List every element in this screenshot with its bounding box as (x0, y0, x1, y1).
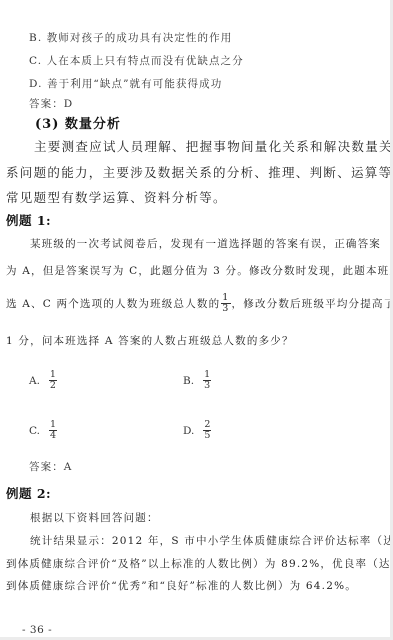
page-number: - 36 - (22, 624, 52, 636)
choice-c: C. 14 (29, 420, 58, 441)
fraction-denominator: 3 (203, 381, 211, 391)
inline-fraction: 1 3 (221, 293, 230, 314)
fraction-denominator: 5 (203, 431, 211, 441)
example2-line-2: 统计结果显示：2012 年，S 市中小学生体质健康综合评价达标率（达 (30, 533, 393, 548)
example1-line-2: 为 A，但是答案误写为 C，此题分值为 3 分。修改分数时发现，此题本班未 (6, 263, 393, 278)
section-para-line-3: 常见题型有数学运算、资料分析等。 (6, 188, 227, 206)
example1-line-4: 1 分，问本班选择 A 答案的人数占班级总人数的多少？ (6, 333, 294, 348)
answer-prev: 答案：D (29, 96, 73, 111)
section-para-line-1: 主要测查应试人员理解、把握事物间量化关系和解决数量关 (34, 137, 393, 155)
fraction-denominator: 4 (49, 431, 57, 441)
fraction-denominator: 2 (49, 381, 57, 391)
example2-title: 例题 2: (6, 484, 51, 502)
example1-line-3b: ，修改分数后班级平均分提高了 (232, 296, 393, 311)
example2-line-4: 到体质健康综合评价“优秀”和“良好”标准的人数比例）为 64.2%。 (6, 578, 357, 593)
choice-letter: D. (183, 425, 194, 437)
example2-line-1: 根据以下资料回答问题： (30, 510, 159, 525)
example1-line-3a: 选 A、C 两个选项的人数为班级总人数的 (6, 296, 220, 311)
option-c: C. 人在本质上只有特点而没有优缺点之分 (29, 53, 244, 68)
example2-line-3: 到体质健康综合评价“及格”以上标准的人数比例）为 89.2%，优良率（达 (6, 556, 391, 571)
option-d: D. 善于利用“缺点”就有可能获得成功 (29, 76, 222, 91)
choice-letter: B. (183, 375, 194, 387)
section-heading: (3) 数量分析 (35, 113, 121, 132)
answer-example1: 答案：A (29, 459, 72, 474)
example1-line-1: 某班级的一次考试阅卷后，发现有一道选择题的答案有误，正确答案 (30, 236, 381, 251)
choice-letter: A. (29, 375, 40, 387)
example1-title: 例题 1: (6, 211, 51, 229)
choice-b: B. 13 (183, 370, 212, 391)
example1-line-3: 选 A、C 两个选项的人数为班级总人数的 1 3 ，修改分数后班级平均分提高了 (6, 293, 393, 314)
section-para-line-2: 系问题的能力，主要涉及数据关系的分析、推理、判断、运算等。 (6, 163, 393, 181)
choice-d: D. 25 (183, 420, 212, 441)
choice-letter: C. (29, 425, 40, 437)
choice-a: A. 12 (29, 370, 58, 391)
document-page: B. 教师对孩子的成功具有决定性的作用 C. 人在本质上只有特点而没有优缺点之分… (0, 0, 390, 640)
option-b: B. 教师对孩子的成功具有决定性的作用 (29, 30, 232, 45)
fraction-denominator: 3 (221, 304, 230, 314)
